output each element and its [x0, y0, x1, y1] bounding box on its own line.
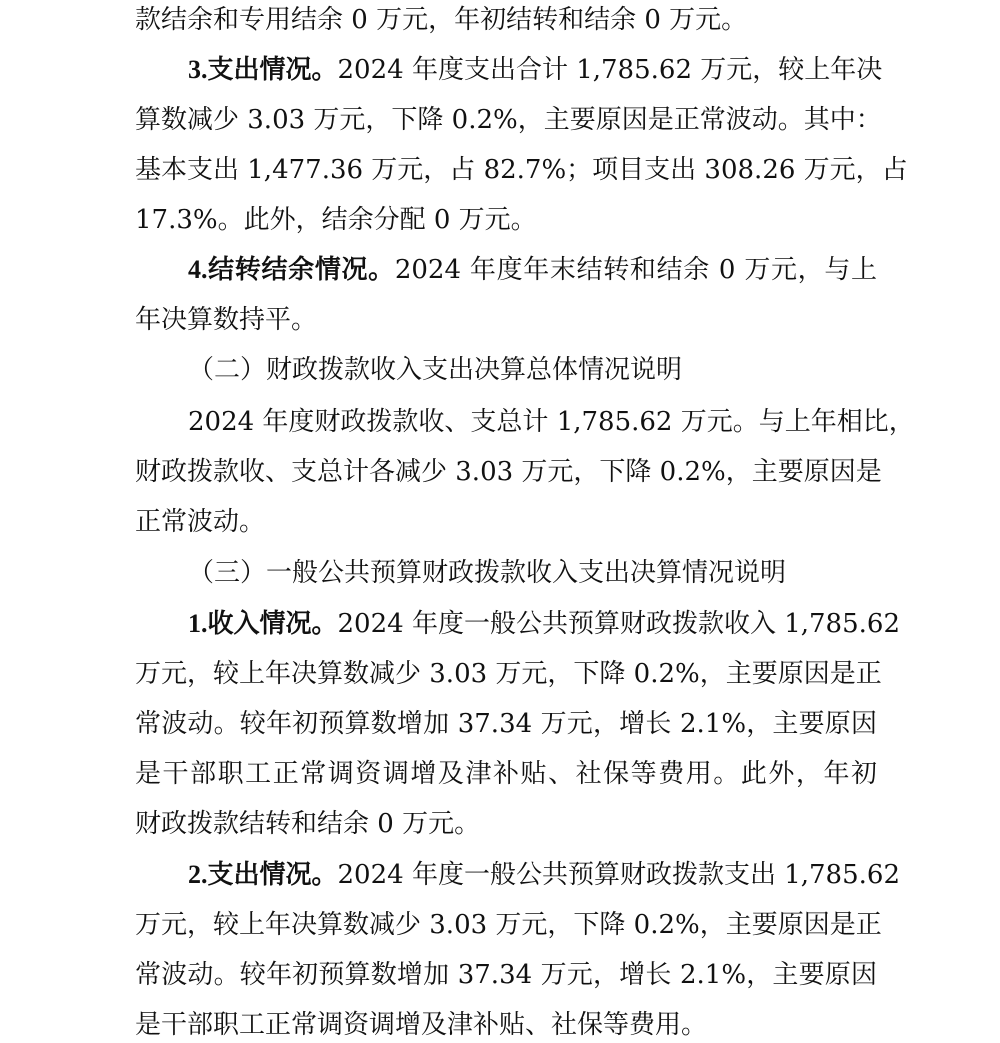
line-text: 款结余和专用结余 0 万元，年初结转和结余 0 万元。: [135, 5, 747, 35]
paragraph-line: 常波动。较年初预算数增加 37.34 万元，增长 2.1%，主要原因: [135, 704, 877, 744]
line-text: 年决算数持平。: [135, 305, 317, 335]
line-text: 2024 年度支出合计 1,785.62 万元，较上年决: [338, 55, 883, 85]
paragraph-line: 17.3%。此外，结余分配 0 万元。: [135, 200, 877, 240]
section-heading-general-budget: （三）一般公共预算财政拨款收入支出决算情况说明: [188, 553, 786, 593]
inline-heading: 1.收入情况。: [188, 609, 338, 638]
section-heading-text: （三）一般公共预算财政拨款收入支出决算情况说明: [188, 558, 786, 588]
inline-heading: 2.支出情况。: [188, 860, 338, 889]
paragraph-line: 万元，较上年决算数减少 3.03 万元，下降 0.2%，主要原因是正: [135, 654, 877, 694]
paragraph-line: 万元，较上年决算数减少 3.03 万元，下降 0.2%，主要原因是正: [135, 905, 877, 945]
inline-heading: 4.结转结余情况。: [188, 255, 395, 284]
line-text: 常波动。较年初预算数增加 37.34 万元，增长 2.1%，主要原因: [135, 960, 877, 990]
line-text: 17.3%。此外，结余分配 0 万元。: [135, 205, 537, 235]
line-text: 常波动。较年初预算数增加 37.34 万元，增长 2.1%，主要原因: [135, 709, 877, 739]
line-text: 是干部职工正常调资调增及津补贴、社保等费用。: [135, 1010, 707, 1040]
paragraph-line: 年决算数持平。: [135, 300, 877, 340]
line-text: 是干部职工正常调资调增及津补贴、社保等费用。此外，年初: [135, 759, 877, 789]
paragraph-line: 是干部职工正常调资调增及津补贴、社保等费用。: [135, 1005, 877, 1043]
paragraph-line: 2024 年度财政拨款收、支总计 1,785.62 万元。与上年相比，: [188, 402, 887, 442]
line-text: 万元，较上年决算数减少 3.03 万元，下降 0.2%，主要原因是正: [135, 910, 882, 940]
section-heading-text: （二）财政拨款收入支出决算总体情况说明: [188, 355, 682, 385]
line-text: 2024 年度一般公共预算财政拨款支出 1,785.62: [338, 860, 900, 890]
line-text: 财政拨款收、支总计各减少 3.03 万元，下降 0.2%，主要原因是: [135, 457, 882, 487]
paragraph-line: 款结余和专用结余 0 万元，年初结转和结余 0 万元。: [135, 0, 877, 40]
paragraph-line-carryover-heading: 4.结转结余情况。2024 年度年末结转和结余 0 万元，与上: [188, 250, 877, 290]
section-heading-fiscal-overall: （二）财政拨款收入支出决算总体情况说明: [188, 350, 682, 390]
paragraph-line: 常波动。较年初预算数增加 37.34 万元，增长 2.1%，主要原因: [135, 955, 877, 995]
paragraph-line: 财政拨款收、支总计各减少 3.03 万元，下降 0.2%，主要原因是: [135, 452, 877, 492]
line-text: 基本支出 1,477.36 万元，占 82.7%；项目支出 308.26 万元，…: [135, 155, 908, 185]
inline-heading: 3.支出情况。: [188, 55, 338, 84]
line-text: 2024 年度财政拨款收、支总计 1,785.62 万元。与上年相比，: [188, 407, 915, 437]
paragraph-line-general-expenditure-heading: 2.支出情况。2024 年度一般公共预算财政拨款支出 1,785.62: [188, 855, 877, 895]
document-page: 款结余和专用结余 0 万元，年初结转和结余 0 万元。 3.支出情况。2024 …: [0, 0, 1000, 1043]
line-text: 财政拨款结转和结余 0 万元。: [135, 809, 480, 839]
paragraph-line: 基本支出 1,477.36 万元，占 82.7%；项目支出 308.26 万元，…: [135, 150, 877, 190]
paragraph-line: 算数减少 3.03 万元，下降 0.2%，主要原因是正常波动。其中：: [135, 100, 877, 140]
paragraph-line-income-heading: 1.收入情况。2024 年度一般公共预算财政拨款收入 1,785.62: [188, 604, 877, 644]
paragraph-line-expenditure-heading: 3.支出情况。2024 年度支出合计 1,785.62 万元，较上年决: [188, 50, 877, 90]
paragraph-line: 财政拨款结转和结余 0 万元。: [135, 804, 877, 844]
line-text: 万元，较上年决算数减少 3.03 万元，下降 0.2%，主要原因是正: [135, 659, 882, 689]
paragraph-line: 是干部职工正常调资调增及津补贴、社保等费用。此外，年初: [135, 754, 877, 794]
paragraph-line: 正常波动。: [135, 502, 877, 542]
line-text: 算数减少 3.03 万元，下降 0.2%，主要原因是正常波动。其中：: [135, 105, 882, 135]
line-text: 2024 年度年末结转和结余 0 万元，与上: [395, 255, 877, 285]
line-text: 2024 年度一般公共预算财政拨款收入 1,785.62: [338, 609, 900, 639]
line-text: 正常波动。: [135, 507, 265, 537]
